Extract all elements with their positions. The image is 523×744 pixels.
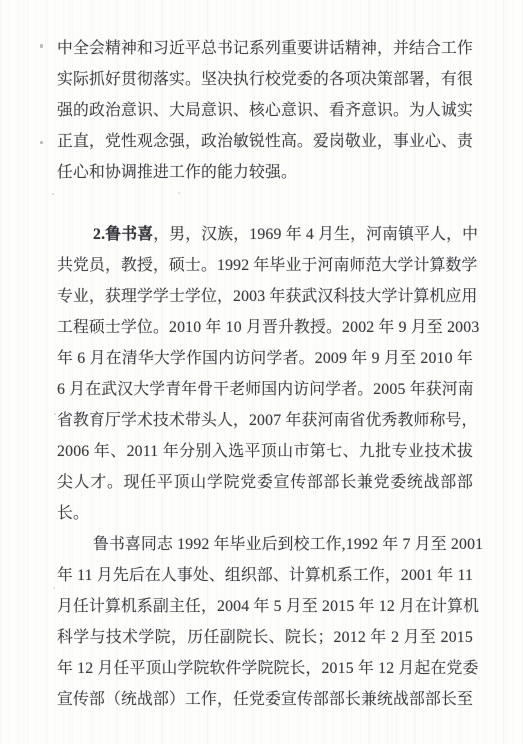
text-line: 尖人才。现任平顶山学院党委宣传部部长兼党委统战部部 xyxy=(57,467,473,498)
scan-speck xyxy=(40,44,43,48)
text-line: 鲁书喜同志 1992 年毕业后到校工作,1992 年 7 月至 2001 xyxy=(57,529,473,560)
text-line: 宣传部（统战部）工作，任党委宣传部部长兼统战部部长至 xyxy=(57,684,473,715)
paragraph-career-history: 鲁书喜同志 1992 年毕业后到校工作,1992 年 7 月至 2001年 11… xyxy=(57,529,473,715)
text-line: 正直，党性观念强，政治敏锐性高。爱岗敬业，事业心、责 xyxy=(57,126,473,157)
text-column: 中全会精神和习近平总书记系列重要讲话精神，并结合工作实际抓好贯彻落实。坚决执行校… xyxy=(57,33,473,715)
text-line: 实际抓好贯彻落实。坚决执行校党委的各项决策部署，有很 xyxy=(57,64,473,95)
text-line: 省教育厅学术技术带头人，2007 年获河南省优秀教师称号， xyxy=(57,405,473,436)
text-line: 年 11 月先后在人事处、组织部、计算机系工作，2001 年 11 xyxy=(57,560,473,591)
text-line: 共党员，教授，硕士。1992 年毕业于河南师范大学计算数学 xyxy=(57,250,473,281)
text-line: 2006 年、2011 年分别入选平顶山市第七、九批专业技术拔 xyxy=(57,436,473,467)
text-line: 长。 xyxy=(57,498,473,529)
paragraph-biography-lu-shuxi: 2.鲁书喜，男，汉族，1969 年 4 月生，河南镇平人，中共党员，教授，硕士。… xyxy=(57,219,473,529)
text-line: 2.鲁书喜，男，汉族，1969 年 4 月生，河南镇平人，中 xyxy=(57,219,473,250)
text-line: 月任计算机系副主任，2004 年 5 月至 2015 年 12 月在计算机 xyxy=(57,591,473,622)
scan-speck xyxy=(54,413,56,415)
text-line: 强的政治意识、大局意识、核心意识、看齐意识。为人诚实 xyxy=(57,95,473,126)
text-line: 工程硕士学位。2010 年 10 月晋升教授。2002 年 9 月至 2003 xyxy=(57,312,473,343)
text-line: 任心和协调推进工作的能力较强。 xyxy=(57,157,473,188)
scan-edge-line xyxy=(503,0,504,744)
paragraph-work-evaluation: 中全会精神和习近平总书记系列重要讲话精神，并结合工作实际抓好贯彻落实。坚决执行校… xyxy=(57,33,473,188)
text-line: 年 6 月在清华大学作国内访问学者。2009 年 9 月至 2010 年 xyxy=(57,343,473,374)
scan-speck xyxy=(53,587,55,589)
text-line: 年 12 月任平顶山学院软件学院院长，2015 年 12 月起在党委 xyxy=(57,653,473,684)
document-page: 中全会精神和习近平总书记系列重要讲话精神，并结合工作实际抓好贯彻落实。坚决执行校… xyxy=(0,0,523,744)
text-line-rest: ，男，汉族，1969 年 4 月生，河南镇平人，中 xyxy=(153,226,478,243)
text-line: 科学与技术学院，历任副院长、院长；2012 年 2 月至 2015 xyxy=(57,622,473,653)
scan-speck xyxy=(52,193,54,195)
person-name-bold: 2.鲁书喜 xyxy=(93,226,153,243)
scan-speck xyxy=(40,141,43,144)
text-line: 中全会精神和习近平总书记系列重要讲话精神，并结合工作 xyxy=(57,33,473,64)
text-line: 专业，获理学学士学位，2003 年获武汉科技大学计算机应用 xyxy=(57,281,473,312)
text-line: 6 月在武汉大学青年骨干老师国内访问学者。2005 年获河南 xyxy=(57,374,473,405)
